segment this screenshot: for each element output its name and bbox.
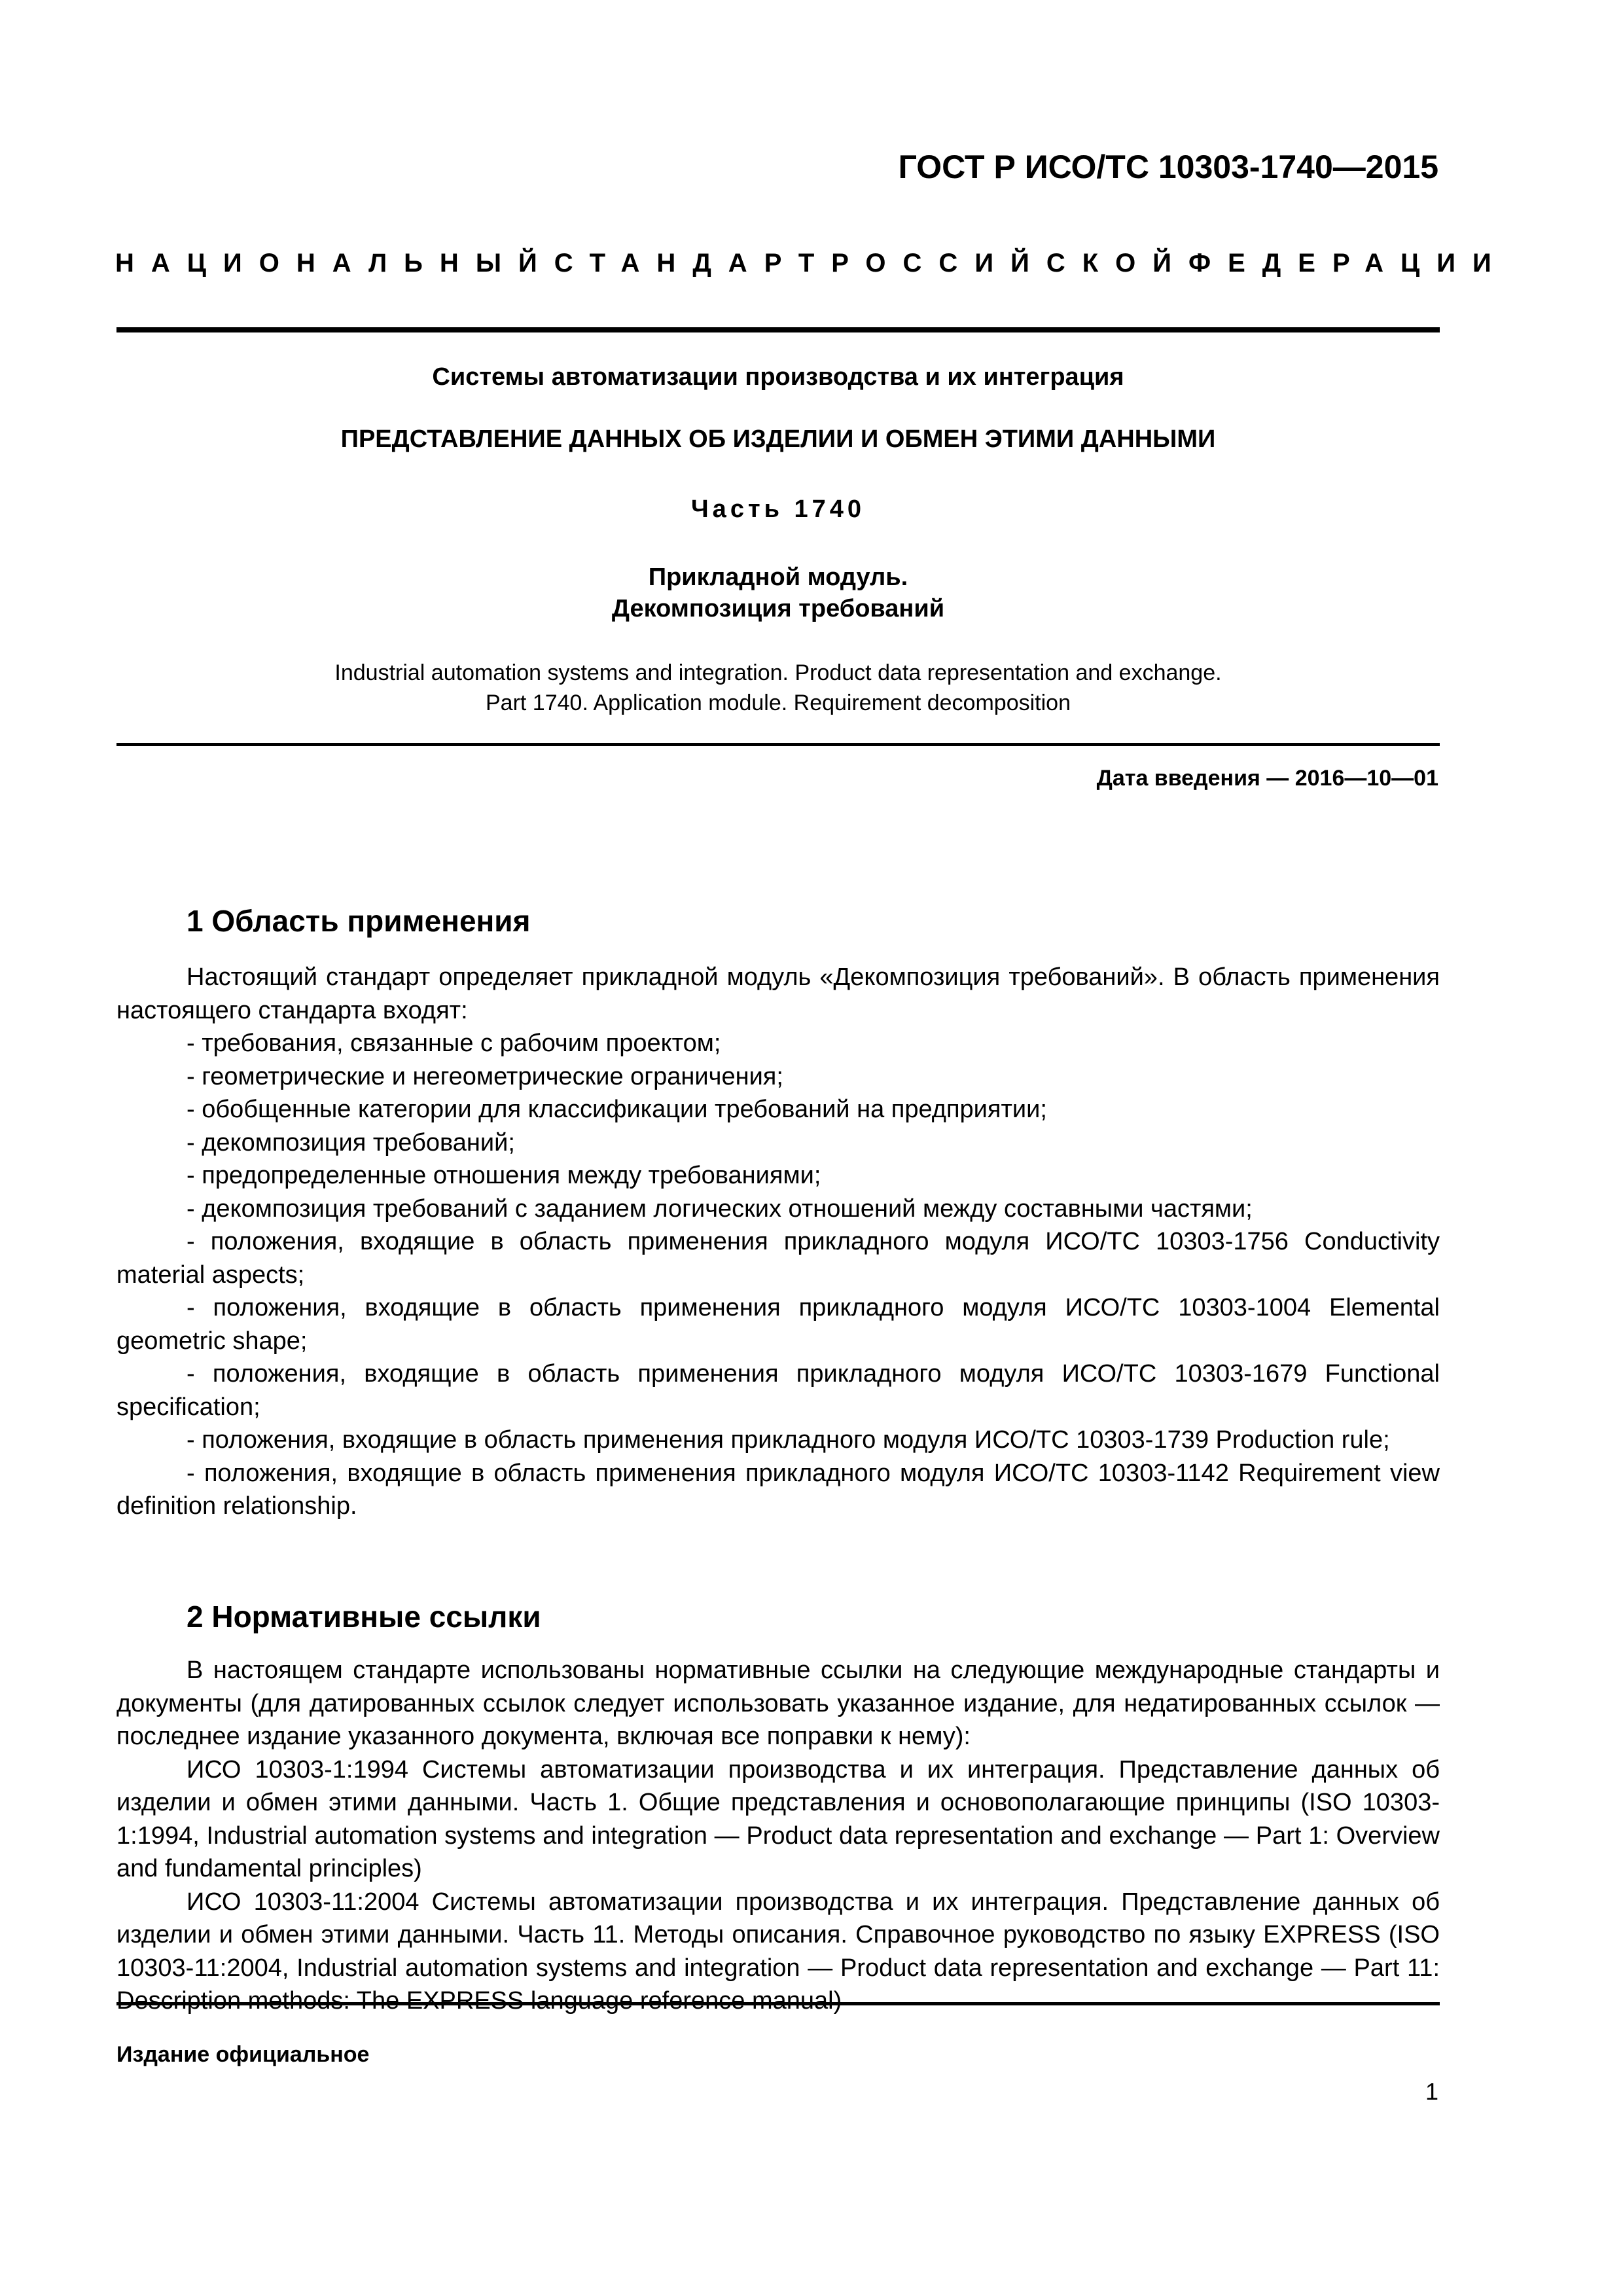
scope-item: - требования, связанные с рабочим проект…: [116, 1027, 1440, 1060]
section-2-body: В настоящем стандарте использованы норма…: [116, 1654, 1440, 2018]
title-main: ПРЕДСТАВЛЕНИЕ ДАННЫХ ОБ ИЗДЕЛИИ И ОБМЕН …: [116, 425, 1440, 454]
banner-word: СТАНДАРТ: [554, 249, 832, 278]
scope-item: - декомпозиция требований;: [116, 1126, 1440, 1160]
title-divider: [116, 743, 1440, 746]
title-part: Часть 1740: [116, 495, 1440, 524]
scope-item: - предопределенные отношения между требо…: [116, 1159, 1440, 1193]
scope-item: - обобщенные категории для классификации…: [116, 1093, 1440, 1126]
section-2-heading: 2 Нормативные ссылки: [187, 1599, 541, 1634]
banner-word: ФЕДЕРАЦИИ: [1188, 249, 1508, 278]
national-standard-banner: НАЦИОНАЛЬНЫЙ СТАНДАРТ РОССИЙСКОЙ ФЕДЕРАЦ…: [115, 249, 1438, 278]
section-1-body: Настоящий стандарт определяет прикладной…: [116, 961, 1440, 1523]
title-english: Industrial automation systems and integr…: [116, 658, 1440, 718]
normative-reference: ИСО 10303-11:2004 Системы автоматизации …: [116, 1886, 1440, 2018]
title-english-line1: Industrial automation systems and integr…: [116, 658, 1440, 688]
scope-item: - положения, входящие в область применен…: [116, 1457, 1440, 1523]
title-module-line2: Декомпозиция требований: [116, 593, 1440, 624]
section-1-heading: 1 Область применения: [187, 903, 530, 939]
footer-divider: [116, 2002, 1440, 2005]
section-1-intro: Настоящий стандарт определяет прикладной…: [116, 961, 1440, 1027]
scope-item: - положения, входящие в область применен…: [116, 1357, 1440, 1424]
official-edition-label: Издание официальное: [116, 2042, 369, 2068]
standard-designation: ГОСТ Р ИСО/ТС 10303-1740—2015: [899, 148, 1438, 186]
title-module-line1: Прикладной модуль.: [116, 562, 1440, 593]
section-2-intro: В настоящем стандарте использованы норма…: [116, 1654, 1440, 1753]
scope-item: - положения, входящие в область применен…: [116, 1424, 1440, 1457]
title-english-line2: Part 1740. Application module. Requireme…: [116, 688, 1440, 718]
normative-reference: ИСО 10303-1:1994 Системы автоматизации п…: [116, 1753, 1440, 1886]
document-page: ГОСТ Р ИСО/ТС 10303-1740—2015 НАЦИОНАЛЬН…: [0, 0, 1623, 2296]
introduction-date: Дата введения — 2016—10—01: [1097, 766, 1438, 791]
title-series: Системы автоматизации производства и их …: [116, 363, 1440, 391]
scope-item: - положения, входящие в область применен…: [116, 1291, 1440, 1357]
title-module: Прикладной модуль. Декомпозиция требован…: [116, 562, 1440, 624]
header-divider: [116, 327, 1440, 332]
scope-item: - положения, входящие в область применен…: [116, 1225, 1440, 1291]
scope-item: - геометрические и негеометрические огра…: [116, 1060, 1440, 1094]
scope-item: - декомпозиция требований с заданием лог…: [116, 1193, 1440, 1226]
page-number: 1: [1425, 2078, 1438, 2106]
banner-word: НАЦИОНАЛЬНЫЙ: [115, 249, 554, 278]
banner-word: РОССИЙСКОЙ: [831, 249, 1188, 278]
